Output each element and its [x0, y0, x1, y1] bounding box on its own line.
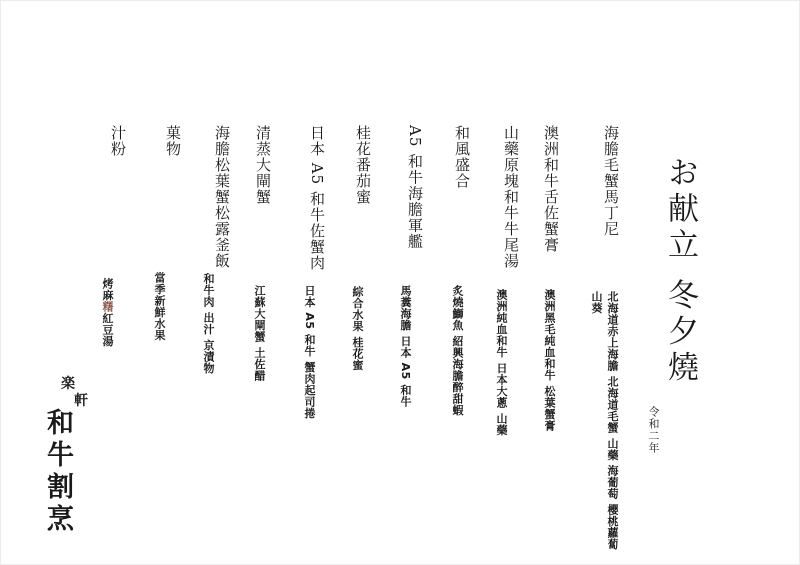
dish-name: 汁粉 — [108, 125, 128, 157]
dish-name: 清蒸大閘蟹 — [253, 125, 273, 205]
dish-description: 江蘇大閘蟹 土佐醋 — [251, 285, 267, 381]
dish-name: 日本 A5 和牛佐蟹肉 — [307, 125, 327, 271]
dish-desc-accent: 糬 — [101, 301, 114, 313]
dish-description: 北海道赤上海膽 北海道毛蟹 山藥 海葡萄 櫻桃蘿蔔 山葵 — [588, 291, 620, 550]
dish-description: 炙燒鰤魚 紹興海膽醉甜蝦 — [449, 285, 465, 416]
logo-brand-char: 軒 — [74, 390, 88, 410]
dish-description: 和牛肉 出汁 京漬物 — [200, 273, 216, 374]
dish-description: 日本 A5 和牛 蟹肉起司捲 — [301, 285, 317, 419]
dish-description: 烤麻糬紅豆湯 — [99, 278, 115, 347]
dish-name: 山藥原塊和牛牛尾湯 — [501, 125, 521, 269]
dish-description: 馬糞海膽 日本 A5 和牛 — [397, 285, 413, 407]
dish-name: 菓物 — [163, 125, 183, 157]
dish-name: 海膽松葉蟹松露釜飯 — [212, 125, 232, 269]
dish-name: A5 和牛海膽軍艦 — [405, 125, 425, 249]
dish-name: 和風盛合 — [452, 125, 472, 189]
dish-description: 澳洲純血和牛 日本大蔥 山藥 — [493, 289, 509, 436]
dish-description: 澳洲黑毛純血和牛 松葉蟹膏 — [541, 289, 557, 431]
menu-title: お献立 冬夕燒 — [659, 156, 701, 387]
dish-description: 綜合水果 桂花蜜 — [349, 286, 365, 371]
logo-brand-char: 楽 — [61, 373, 75, 393]
dish-desc-post: 紅豆湯 — [101, 313, 114, 348]
menu-page: お献立 冬夕燒 令和二年 海膽毛蟹馬丁尼 北海道赤上海膽 北海道毛蟹 山藥 海葡… — [0, 0, 800, 565]
dish-name: 海膽毛蟹馬丁尼 — [601, 125, 621, 237]
dish-name: 澳洲和牛舌佐蟹膏 — [541, 125, 561, 253]
dish-desc-pre: 烤麻 — [101, 278, 114, 301]
era-date: 令和二年 — [646, 406, 660, 454]
dish-name: 桂花番茄蜜 — [353, 125, 373, 205]
logo-name: 和牛割烹 — [39, 408, 75, 536]
dish-description: 當季新鮮水果 — [151, 272, 167, 341]
